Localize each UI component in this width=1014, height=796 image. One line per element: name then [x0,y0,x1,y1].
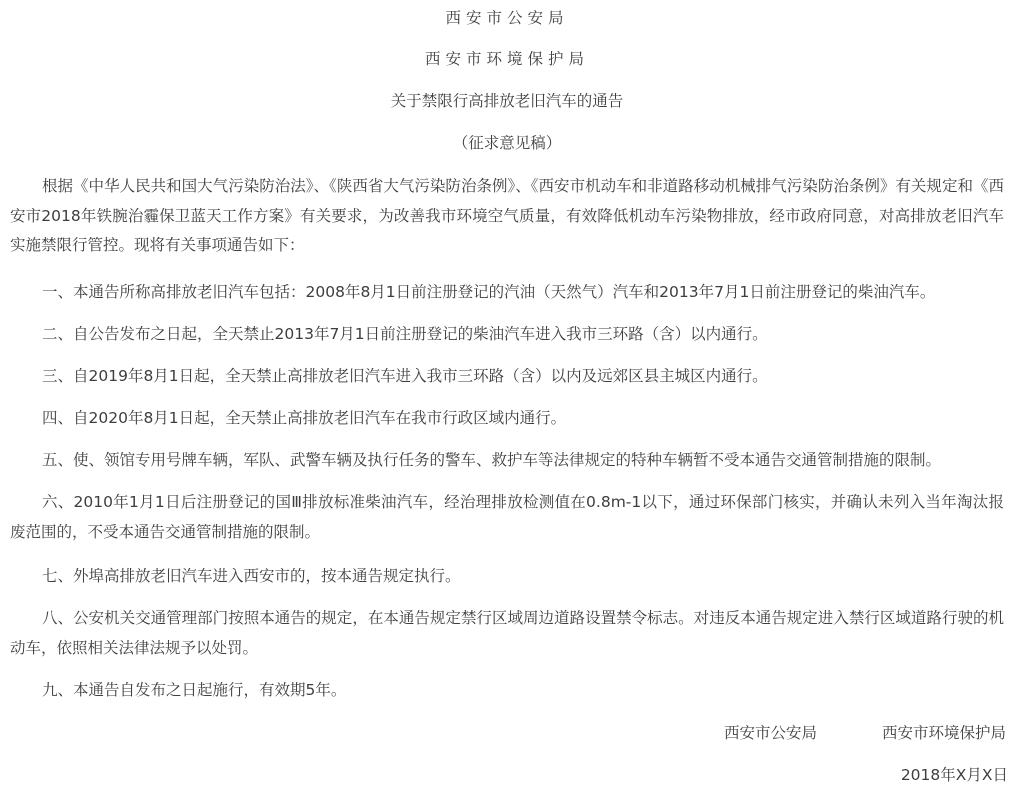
notice-document: 西安市公安局 西安市环境保护局 关于禁限行高排放老旧汽车的通告 （征求意见稿） … [0,0,1014,796]
item-6: 六、2010年1月1日后注册登记的国Ⅲ排放标准柴油汽车，经治理排放检测值在0.8… [10,488,1004,547]
item-4: 四、自2020年8月1日起，全天禁止高排放老旧汽车在我市行政区域内通行。 [10,404,1004,434]
notice-title: 关于禁限行高排放老旧汽车的通告 [10,91,1004,111]
notice-subtitle: （征求意见稿） [10,133,1004,153]
item-1: 一、本通告所称高排放老旧汽车包括：2008年8月1日前注册登记的汽油（天然气）汽… [10,278,1004,308]
issue-date: 2018年X月X日 [901,765,1008,785]
item-9: 九、本通告自发布之日起施行，有效期5年。 [10,676,1004,706]
intro-paragraph: 根据《中华人民共和国大气污染防治法》、《陕西省大气污染防治条例》、《西安市机动车… [10,172,1004,261]
signatory-environmental-protection-bureau: 西安市环境保护局 [882,723,1006,743]
signatory-public-security-bureau: 西安市公安局 [724,723,817,743]
item-7: 七、外埠高排放老旧汽车进入西安市的，按本通告规定执行。 [10,562,1004,592]
item-2: 二、自公告发布之日起，全天禁止2013年7月1日前注册登记的柴油汽车进入我市三环… [10,320,1004,350]
issuer-public-security-bureau: 西安市公安局 [10,8,1004,28]
item-3: 三、自2019年8月1日起，全天禁止高排放老旧汽车进入我市三环路（含）以内及远郊… [10,362,1004,392]
item-8: 八、公安机关交通管理部门按照本通告的规定，在本通告规定禁行区域周边道路设置禁令标… [10,604,1004,663]
issuer-environmental-protection-bureau: 西安市环境保护局 [10,49,1004,69]
item-5: 五、使、领馆专用号牌车辆，军队、武警车辆及执行任务的警车、救护车等法律规定的特种… [10,446,1004,476]
